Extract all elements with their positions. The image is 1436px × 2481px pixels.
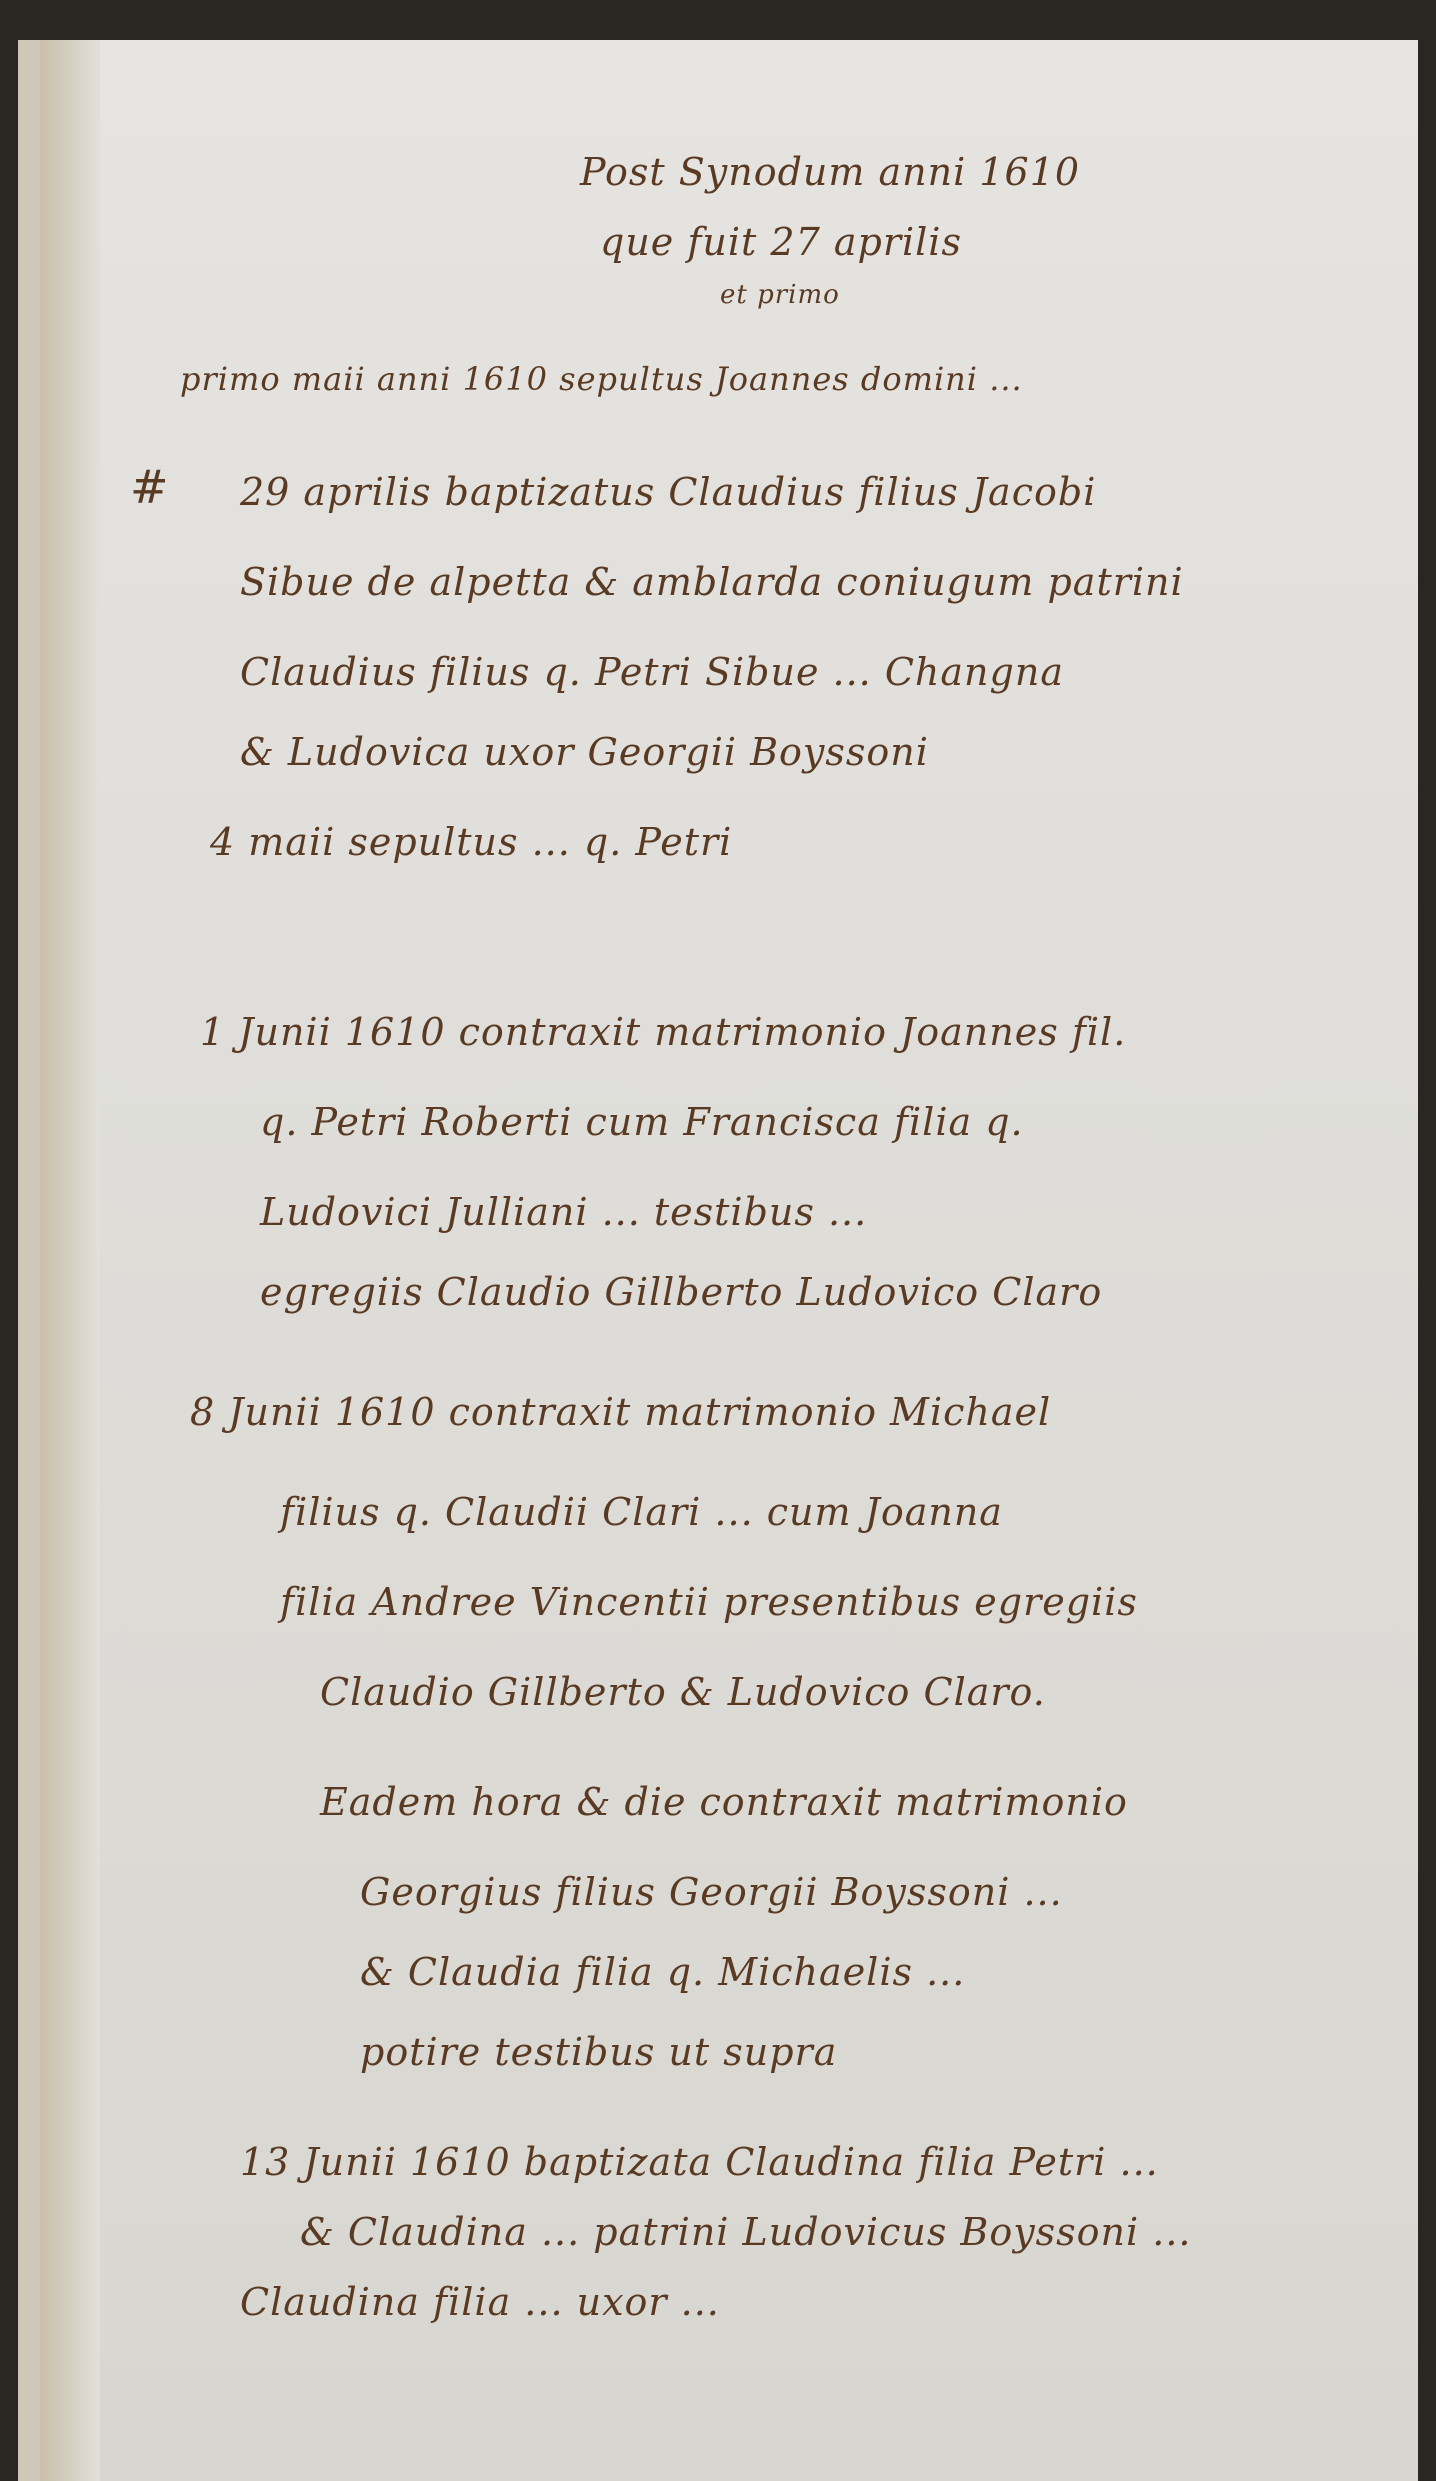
entry-5-line-5: Eadem hora & die contraxit matrimonio [320,1780,1128,1824]
header-line-2: que fuit 27 aprilis [600,220,962,264]
entry-5-line-4: Claudio Gillberto & Ludovico Claro. [320,1670,1046,1714]
header-line-3: et primo [720,280,840,310]
entry-5-line-2: filius q. Claudii Clari ... cum Joanna [280,1490,1003,1534]
entry-6-line-1: 13 Junii 1610 baptizata Claudina filia P… [240,2140,1159,2184]
entry-5-line-6: Georgius filius Georgii Boyssoni ... [360,1870,1063,1914]
entry-1-line: primo maii anni 1610 sepultus Joannes do… [180,360,1023,398]
entry-4-line-4: egregiis Claudio Gillberto Ludovico Clar… [260,1270,1102,1314]
manuscript-page: Post Synodum anni 1610 que fuit 27 april… [18,40,1418,2481]
entry-2-line-1: 29 aprilis baptizatus Claudius filius Ja… [240,470,1096,514]
margin-mark: # [130,460,169,514]
entry-5-line-7: & Claudia filia q. Michaelis ... [360,1950,965,1994]
entry-5-line-1: 8 Junii 1610 contraxit matrimonio Michae… [190,1390,1051,1434]
entry-4-line-2: q. Petri Roberti cum Francisca filia q. [260,1100,1024,1144]
entry-5-line-3: filia Andree Vincentii presentibus egreg… [280,1580,1138,1624]
entry-5-line-8: potire testibus ut supra [360,2030,837,2074]
entry-2-line-4: & Ludovica uxor Georgii Boyssoni [240,730,929,774]
entry-6-line-2: & Claudina ... patrini Ludovicus Boysson… [300,2210,1192,2254]
entry-6-line-3: Claudina filia ... uxor ... [240,2280,720,2324]
entry-4-line-1: 1 Junii 1610 contraxit matrimonio Joanne… [200,1010,1126,1054]
entry-2-line-2: Sibue de alpetta & amblarda coniugum pat… [240,560,1184,604]
entry-3-line-1: 4 maii sepultus ... q. Petri [210,820,732,864]
header-line-1: Post Synodum anni 1610 [580,150,1080,194]
entry-4-line-3: Ludovici Julliani ... testibus ... [260,1190,867,1234]
entry-2-line-3: Claudius filius q. Petri Sibue ... Chang… [240,650,1064,694]
